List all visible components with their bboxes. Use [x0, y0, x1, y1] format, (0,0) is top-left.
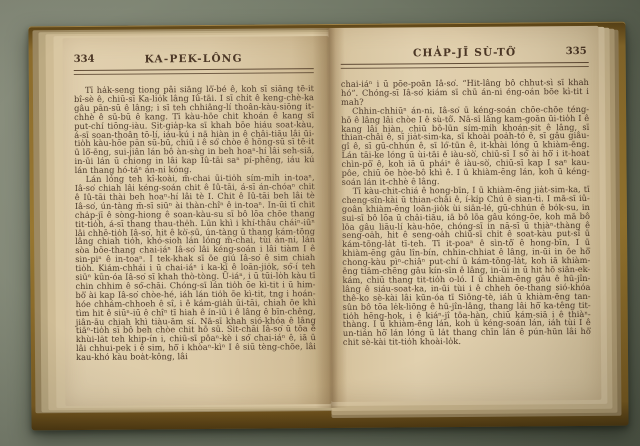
- paragraph: Lán lóng teh kî-koài, m̄-chai ūi-tio̍h s…: [75, 173, 316, 362]
- left-running-title: KA-PEK-LÔNG: [74, 52, 314, 66]
- paragraph: chai-iáⁿ i ū pōe-poān Iâ-so͘. “Hit-lâng …: [341, 78, 589, 107]
- header-rule: [74, 68, 314, 75]
- right-page-number: 335: [566, 46, 587, 57]
- left-page-number: 334: [74, 54, 95, 65]
- left-page-header: 334 KA-PEK-LÔNG: [74, 52, 314, 67]
- right-page-body: chai-iáⁿ i ū pōe-poān Iâ-so͘. “Hit-lâng …: [341, 78, 591, 347]
- right-page-content: CHA̍P-JĪ SÙ-TÔ͘ 335 chai-iáⁿ i ū pōe-poā…: [341, 46, 591, 347]
- header-rule: [341, 62, 589, 69]
- right-page-header: CHA̍P-JĪ SÙ-TÔ͘ 335: [341, 46, 589, 61]
- open-book: 334 KA-PEK-LÔNG Tī ha̍k-seng tiong pâi s…: [28, 22, 628, 431]
- paragraph: Chhin-chhiūⁿ án-ni, Iâ-so͘ ū kéng-soán c…: [341, 105, 590, 187]
- left-page-body: Tī ha̍k-seng tiong pâi siāng lō͘-bé ê, k…: [74, 84, 316, 362]
- right-running-title: CHA̍P-JĪ SÙ-TÔ͘: [341, 46, 589, 60]
- paragraph: Tī ha̍k-seng tiong pâi siāng lō͘-bé ê, k…: [74, 84, 315, 175]
- left-page-content: 334 KA-PEK-LÔNG Tī ha̍k-seng tiong pâi s…: [74, 52, 316, 362]
- paragraph: Tī kàu-chit-chiá ê hong-bīn, I ū khiàm-ē…: [342, 185, 591, 347]
- photo-background: 334 KA-PEK-LÔNG Tī ha̍k-seng tiong pâi s…: [0, 0, 640, 446]
